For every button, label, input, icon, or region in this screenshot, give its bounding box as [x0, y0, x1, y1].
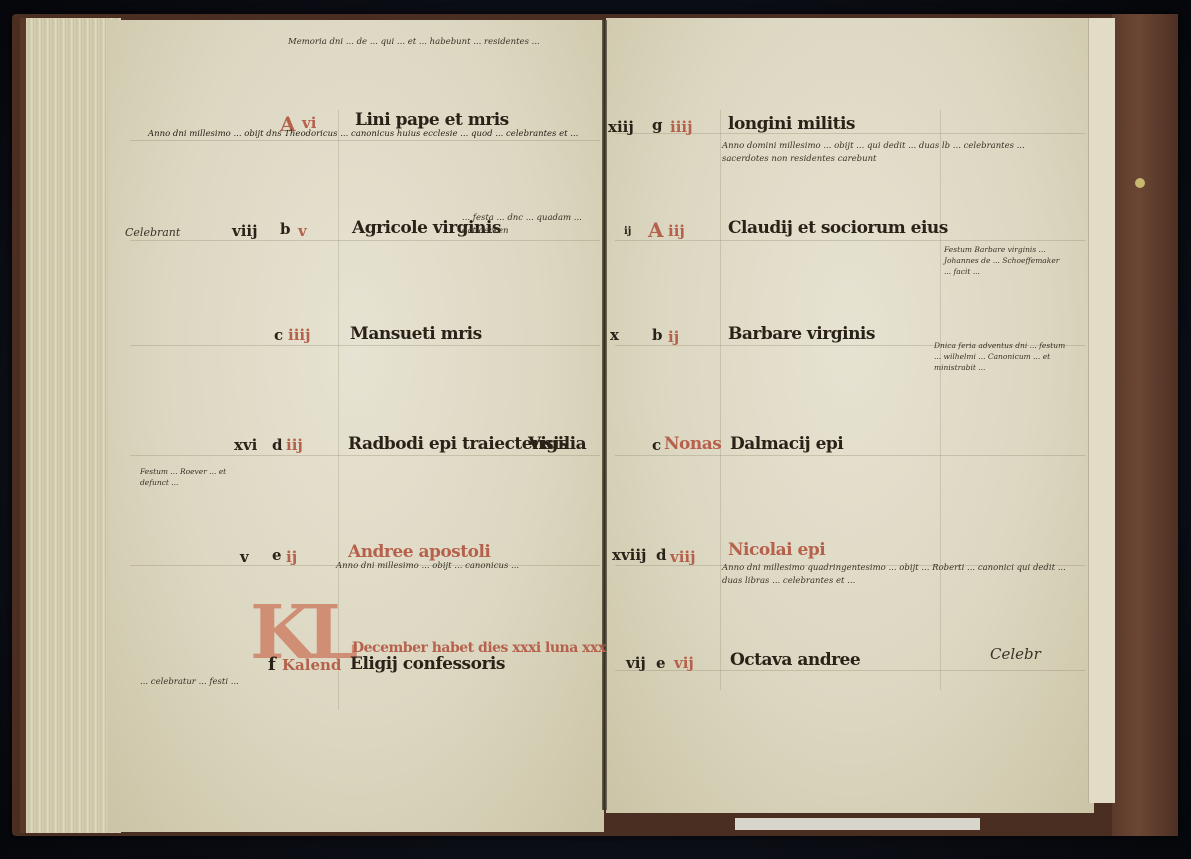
left-entry-5-letter: e: [272, 546, 282, 564]
right-entry-6-day: vij: [674, 654, 694, 672]
longini-note: Anno domini millesimo ... obijt ... qui …: [722, 140, 1067, 166]
left-side-note: ... festa ... dnc ... quadam ... dat oer…: [462, 212, 592, 238]
left-entry-6-feast: Eligij confessoris: [350, 654, 505, 674]
left-margin-note: Festum ... Roever ... et defunct ...: [140, 466, 250, 488]
right-entry-3-day: ij: [668, 328, 679, 346]
left-entry-6-letter: f: [268, 654, 276, 675]
right-entry-4-day: Nonas: [664, 434, 721, 454]
right-entry-6-letter: e: [656, 654, 666, 672]
gutter: [602, 20, 607, 810]
right-entry-5-feast: Nicolai epi: [728, 540, 825, 560]
left-entry-4-golden: xvi: [234, 436, 257, 454]
right-entry-1-feast: longini militis: [728, 114, 855, 134]
left-entry-3-day: iiij: [288, 326, 311, 344]
right-entry-3-letter: b: [652, 326, 663, 344]
left-obit-note: Anno dni millesimo ... obijt dns Theodor…: [148, 128, 598, 142]
left-entry-5-feast: Andree apostoli: [348, 542, 490, 562]
advent-margin-note: Dnica feria adventus dni ... festum ... …: [934, 340, 1074, 373]
right-entry-5-day: viij: [670, 548, 696, 566]
left-entry-5-golden: v: [240, 548, 249, 566]
left-entry-3-feast: Mansueti mris: [350, 324, 482, 344]
right-entry-3-feast: Barbare virginis: [728, 324, 875, 344]
book-board-right: [1112, 14, 1178, 836]
right-entry-2-letter: A: [648, 218, 664, 242]
right-entry-1-golden: xiij: [608, 118, 634, 136]
left-entry-4-extra: Vigilia: [528, 434, 586, 454]
bookmark-strip: [735, 818, 980, 830]
left-bottom-note: ... celebratur ... festi ...: [140, 676, 540, 689]
right-entry-4-feast: Dalmacij epi: [730, 434, 843, 454]
left-entry-6-day: Kalend: [282, 656, 341, 674]
right-entry-4-letter: c: [652, 436, 661, 454]
left-entry-4-day: iij: [286, 436, 303, 454]
right-entry-2-feast: Claudij et sociorum eius: [728, 218, 948, 238]
left-entry-3-letter: c: [274, 326, 283, 344]
left-entry-2-prefix: Celebrant: [125, 226, 180, 239]
right-entry-2-day: iij: [668, 222, 685, 240]
right-entry-1-letter: g: [652, 116, 663, 134]
left-entry-5-day: ij: [286, 548, 297, 566]
right-page-stub: [1088, 18, 1115, 803]
right-entry-2-golden: ij: [624, 226, 631, 237]
right-entry-6-golden: vij: [626, 654, 646, 672]
left-top-note: Memoria dni ... de ... qui ... et ... ha…: [288, 36, 588, 49]
left-entry-2-letter: b: [280, 220, 291, 238]
right-entry-1-day: iiij: [670, 118, 693, 136]
right-entry-5-letter: d: [656, 546, 667, 564]
right-entry-6-feast: Octava andree: [730, 650, 860, 670]
left-entry-2-day: v: [298, 222, 307, 240]
nicolai-note: Anno dni millesimo quadringentesimo ... …: [722, 562, 1072, 588]
left-entry-1-feast: Lini pape et mris: [355, 110, 509, 130]
right-entry-6-suffix: Celebr: [990, 648, 1041, 661]
andree-note: Anno dni millesimo ... obijt ... canonic…: [336, 560, 591, 573]
left-page: [108, 20, 604, 832]
left-entry-4-letter: d: [272, 436, 283, 454]
clasp-nail: [1135, 178, 1145, 188]
right-entry-3-golden: x: [610, 326, 619, 344]
right-entry-5-golden: xviij: [612, 546, 646, 564]
page-stack-left: [20, 18, 121, 833]
barbara-margin-note: Festum Barbare virginis ... Johannes de …: [944, 244, 1064, 277]
right-page: [606, 18, 1094, 813]
left-entry-2-golden: viij: [232, 222, 258, 240]
